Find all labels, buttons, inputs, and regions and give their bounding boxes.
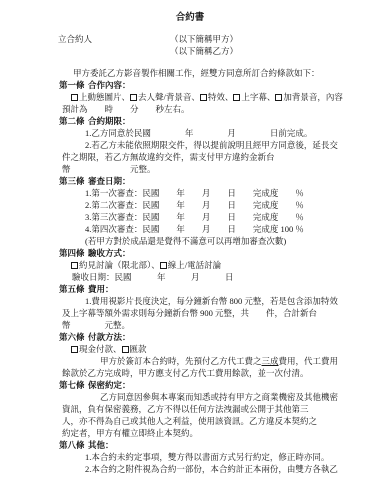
checkbox-icon: [160, 262, 167, 269]
parties-line-b: （以下簡稱乙方）: [0, 45, 380, 57]
option-label-online-phone: 線上/電話討論: [168, 260, 221, 270]
option-label-subtitles: 上字幕、: [241, 92, 275, 102]
payment-text: 甲方於簽訂本合約時，先預付乙方代工費之: [100, 356, 262, 366]
clause-4-title: 驗收方式：: [88, 248, 131, 258]
checkbox-icon: [130, 94, 137, 101]
option-label-cash: 現金付款、: [79, 344, 122, 354]
clause-7-line-2: 資訊，負有保密義務，乙方不得以任何方法洩漏或公開于其他第三: [0, 403, 380, 415]
party-a-alias: （以下簡稱甲方）: [170, 33, 238, 45]
clause-2-line-2: 2.若乙方未能依照期限交件，得以提前說明且經甲方同意後，延長交: [0, 139, 380, 151]
clause-8-line-2: 2.本合約之附件視為合約一部份，本合約計正本兩份，由雙方各執乙: [0, 463, 380, 475]
clause-8-number: 第八條: [59, 439, 88, 451]
clause-5-heading: 第五條費用：: [0, 283, 380, 295]
clause-7-line-4: 約定者，甲方有權立即終止本契約。: [0, 427, 380, 439]
clause-5-number: 第五條: [59, 283, 88, 295]
clause-7-line-3: 人，亦不得為自己或其他人之利益，使用該資訊。乙方違反本契約之: [0, 415, 380, 427]
clause-6-payment-line-1: 甲方於簽訂本合約時，先預付乙方代工費之三成費用，代工費用: [0, 355, 380, 367]
clause-3-number: 第三條: [59, 175, 88, 187]
clause-3-heading: 第三條審查日期：: [0, 175, 380, 187]
clause-2-title: 合約期限：: [88, 116, 131, 126]
checkbox-icon: [71, 346, 78, 353]
clause-6-title: 付款方法：: [88, 332, 131, 342]
clause-6-number: 第六條: [59, 331, 88, 343]
clause-1-number: 第一條: [59, 79, 88, 91]
parties-line-a: 立合約人（以下簡稱甲方）: [0, 33, 380, 45]
payment-deposit-underlined: 三成: [262, 356, 279, 366]
clause-1-duration-line: 預計為 時 分 秒左右。: [0, 103, 380, 115]
checkbox-icon: [71, 94, 78, 101]
clause-8-line-1: 1.本合約未約定事項，雙方得以書面方式另行約定，修正時亦同。: [0, 451, 380, 463]
clause-7-title: 保密約定：: [88, 380, 131, 390]
clause-1-title: 合作內容：: [88, 80, 131, 90]
option-label-remove-voice: 去人聲/背景音、: [138, 92, 200, 102]
clause-2-line-4: 幣 元整。: [0, 163, 380, 175]
intro-paragraph: 甲方委託乙方影音製作相關工作，經雙方同意所訂合約條款如下：: [0, 67, 380, 79]
clause-5-line-2: 及上字幕等額外需求則每分鐘新台幣 900 元整，共 件，合計新台: [0, 307, 380, 319]
checkbox-icon: [122, 346, 129, 353]
clause-4-heading: 第四條驗收方式：: [0, 247, 380, 259]
clause-5-line-3: 幣 元整。: [0, 319, 380, 331]
page-title: 合約書: [0, 0, 380, 24]
party-b-alias: （以下簡稱乙方）: [170, 45, 238, 57]
option-label-effects: 特效、: [208, 92, 234, 102]
clause-3-review-1: 1.第一次審查：民國 年 月 日 完成度 ％: [0, 187, 380, 199]
clause-4-number: 第四條: [59, 247, 88, 259]
clause-2-line-1: 1.乙方同意於民國 年 月 日前完成。: [0, 127, 380, 139]
checkbox-icon: [71, 262, 78, 269]
clause-5-title: 費用：: [88, 284, 114, 294]
option-label-meet-north: 約見討論（限北部）、: [79, 260, 160, 270]
clause-7-line-1: 乙方同意因參與本專案而知悉或持有甲方之商業機密及其他機密: [0, 391, 380, 403]
checkbox-icon: [275, 94, 282, 101]
parties-label: 立合約人: [58, 34, 92, 44]
clause-3-review-4: 4.第四次審查：民國 年 月 日 完成度 100 ％: [0, 223, 380, 235]
clause-8-title: 其他：: [88, 440, 114, 450]
checkbox-icon: [233, 94, 240, 101]
clause-6-heading: 第六條付款方法：: [0, 331, 380, 343]
option-label-transfer: 匯款: [130, 344, 147, 354]
payment-text: 費用，代工費用: [279, 356, 339, 366]
clause-3-title: 審查日期：: [88, 176, 131, 186]
clause-6-options-line: 現金付款、匯款: [0, 343, 380, 355]
clause-6-payment-line-2: 餘款於乙方完成時，甲方應支付乙方代工費用餘款，並一次付清。: [0, 367, 380, 379]
clause-4-acceptance-date-line: 驗收日期：民國 年 月 日: [0, 271, 380, 283]
checkbox-icon: [200, 94, 207, 101]
clause-1-options-line: 上動態圖片、去人聲/背景音、特效、上字幕、加背景音，內容: [0, 91, 380, 103]
contract-document-page: 合約書 立合約人（以下簡稱甲方） （以下簡稱乙方） 甲方委託乙方影音製作相關工作…: [0, 0, 380, 480]
clause-2-line-3: 件之期限，若乙方無故違約交件，需支付甲方違約金新台: [0, 151, 380, 163]
clause-3-note: (若甲方對於成品還是覺得不滿意可以再增加審查次數): [0, 235, 380, 247]
clause-3-review-2: 2.第二次審查：民國 年 月 日 完成度 ％: [0, 199, 380, 211]
option-label-add-bgm: 加背景音，內容: [283, 92, 343, 102]
clause-1-heading: 第一條合作內容：: [0, 79, 380, 91]
clause-7-heading: 第七條保密約定：: [0, 379, 380, 391]
option-label-motion-image: 上動態圖片、: [79, 92, 130, 102]
clause-3-review-3: 3.第三次審查：民國 年 月 日 完成度 ％: [0, 211, 380, 223]
clause-2-heading: 第二條合約期限：: [0, 115, 380, 127]
clause-5-line-1: 1.費用視影片長度決定，每分鐘新台幣 800 元整，若是包含添加特效: [0, 295, 380, 307]
clause-8-heading: 第八條其他：: [0, 439, 380, 451]
clause-7-number: 第七條: [59, 379, 88, 391]
clause-2-number: 第二條: [59, 115, 88, 127]
clause-4-options-line: 約見討論（限北部）、線上/電話討論: [0, 259, 380, 271]
